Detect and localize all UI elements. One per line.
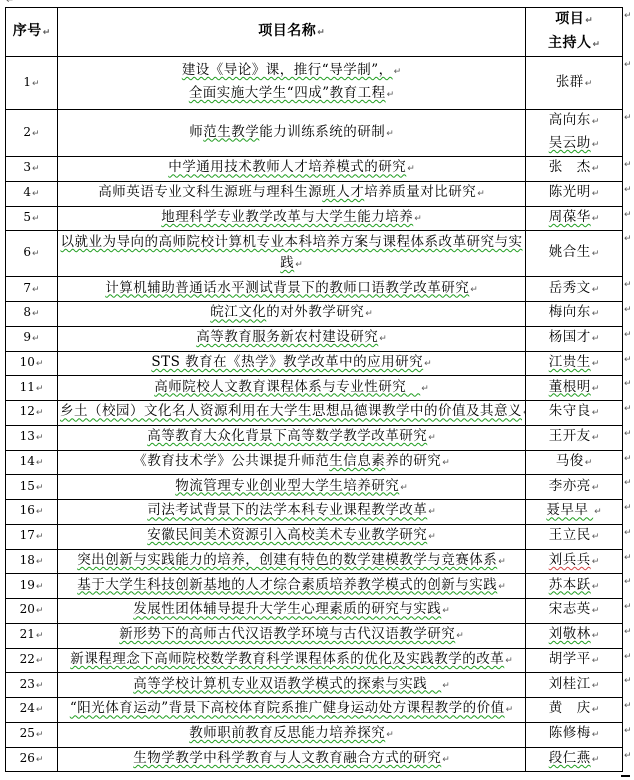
project-name-cell[interactable]: 以就业为导向的高师院校计算机专业本科培养方案与课程体系改革研究与实践↵: [58, 231, 526, 277]
paragraph-mark: ↵: [592, 681, 600, 691]
row-number-cell[interactable]: 3↵: [6, 157, 58, 182]
row-number-cell[interactable]: 5↵: [6, 206, 58, 231]
row-number-cell[interactable]: 11↵: [6, 376, 58, 401]
project-line: 物流管理专业创业型大学生培养研究↵: [60, 476, 523, 499]
project-line: 以就业为导向的高师院校计算机专业本科培养方案与课程体系改革研究与实: [60, 232, 523, 253]
spellcheck-underline: 以就业为导向的高师院校计算机专业本科培养方案与课程体系改革研究与实: [61, 234, 523, 250]
leader-name: 张群↵: [528, 72, 620, 95]
row-number: 21↵: [8, 624, 55, 647]
spellcheck-underline: 建设《导论》课，推行“导学制”，: [182, 62, 393, 78]
end-of-row-mark: ↵: [624, 751, 632, 761]
end-of-row-mark: ↵: [624, 577, 632, 587]
end-of-row-mark: ↵: [624, 652, 632, 662]
spellcheck-underline: 乡土（校园）文化名人资源利用在大学生思想品德课教学中的价值及其意义: [60, 403, 522, 419]
project-name-cell[interactable]: 乡土（校园）文化名人资源利用在大学生思想品德课教学中的价值及其意义↵: [58, 401, 526, 426]
table-row: 7↵计算机辅助普通话水平测试背景下的教师口语教学改革研究↵岳秀文↵: [6, 277, 623, 302]
table-row: 11↵高师院校人文教育课程体系与专业性研究 ↵董根明↵: [6, 376, 623, 401]
end-of-row-mark: ↵: [624, 330, 632, 340]
row-number-cell[interactable]: 22↵: [6, 648, 58, 673]
leader-name: 王立民↵: [528, 525, 620, 548]
spellcheck-underline: 吴云助: [549, 135, 591, 151]
paragraph-mark: ↵: [36, 656, 44, 666]
leader-cell[interactable]: 黄 庆↵: [526, 698, 623, 723]
spellcheck-underline: 物流管理专业创业型大学生培养研究: [175, 478, 399, 494]
paragraph-mark: ↵: [592, 532, 600, 542]
row-number: 20↵: [8, 599, 55, 622]
paragraph-mark: ↵: [36, 483, 44, 493]
row-number: 18↵: [8, 550, 55, 573]
paragraph-mark: ↵: [32, 79, 40, 89]
paragraph-mark: ↵: [32, 214, 40, 224]
project-name-cell[interactable]: 地理科学专业教学改革与大学生能力培养↵: [58, 206, 526, 231]
paragraph-mark: ↵: [295, 260, 303, 270]
document-page: ↵ 序号↵ 项目名称↵ 项目↵ 主持人↵ 1↵建设《导论》课，推行“导学制”，↵…: [0, 0, 634, 780]
spellcheck-underline: STS 教育在《热学》教学改革中的应用研究: [151, 354, 423, 370]
paragraph-mark: ↵: [421, 384, 429, 394]
paragraph-mark: ↵: [386, 730, 394, 740]
paragraph-mark: ↵: [477, 189, 485, 199]
header-label-leader-line2: 主持人: [548, 35, 592, 51]
project-line: 突出创新与实践能力的培养，创建有特色的数学建模教学与竞赛体系↵: [60, 550, 523, 573]
paragraph-mark: ↵: [379, 334, 387, 344]
spellcheck-underline: 段仁燕: [549, 750, 591, 766]
row-number: 19↵: [8, 575, 55, 598]
leader-cell[interactable]: 梅向东↵: [526, 302, 623, 327]
paragraph-mark: ↵: [36, 408, 44, 418]
row-number-cell[interactable]: 10↵: [6, 351, 58, 376]
paragraph-mark: ↵: [592, 285, 600, 295]
row-number: 6↵: [8, 242, 55, 265]
project-line: 地理科学专业教学改革与大学生能力培养↵: [60, 207, 523, 230]
project-name-cell[interactable]: 物流管理专业创业型大学生培养研究↵: [58, 475, 526, 500]
end-of-row-mark: ↵: [624, 701, 632, 711]
paragraph-mark: ↵: [36, 681, 44, 691]
paragraph-mark: ↵: [407, 164, 415, 174]
paragraph-mark: ↵: [585, 458, 593, 468]
paragraph-mark: ↵: [470, 285, 478, 295]
end-of-row-mark: ↵: [624, 234, 632, 244]
paragraph-mark: ↵: [32, 334, 40, 344]
table-row: 12↵乡土（校园）文化名人资源利用在大学生思想品德课教学中的价值及其意义↵朱守良…: [6, 401, 623, 426]
row-number-cell[interactable]: 20↵: [6, 599, 58, 624]
end-of-row-mark: ↵: [624, 113, 632, 123]
leader-cell[interactable]: 姚合生↵: [526, 231, 623, 277]
table-row: 4↵高师英语专业文科生源班与理科生源班人才培养质量对比研究↵陈光明↵: [6, 181, 623, 206]
paragraph-mark: ↵: [36, 507, 44, 517]
paragraph-mark: ↵: [592, 705, 600, 715]
project-line: 《教育技术学》公共课提升师范生信息素养的研究↵: [60, 451, 523, 474]
leader-cell[interactable]: 段仁燕↵: [526, 747, 623, 772]
table-row: 9↵高等教育服务新农村建设研究↵杨国才↵: [6, 326, 623, 351]
project-name-cell[interactable]: 生物学教学中科学教育与人文教育融合方式的研究↵: [58, 747, 526, 772]
row-number: 3↵: [8, 157, 55, 180]
spellcheck-underline: “阳光体育运动”背景下高校体育院系推广健身运动处方课程教学的价值: [70, 700, 505, 716]
project-line: 司法考试背景下的法学本科专业课程教学改革↵: [60, 500, 523, 523]
project-name-cell[interactable]: 《教育技术学》公共课提升师范生信息素养的研究↵: [58, 450, 526, 475]
paragraph-mark: ↵: [36, 384, 44, 394]
leader-cell[interactable]: 张群↵: [526, 57, 623, 110]
table-row: 13↵高等教育大众化背景下高等数学教学改革研究↵王开友↵: [6, 425, 623, 450]
end-of-row-mark: ↵: [624, 404, 632, 414]
paragraph-mark: ↵: [592, 140, 600, 150]
paragraph-mark: ↵: [36, 557, 44, 567]
project-line: 全面实施大学生“四成”教育工程↵: [60, 83, 523, 106]
paragraph-mark: ↵: [442, 755, 450, 765]
row-number: 25↵: [8, 723, 55, 746]
spellcheck-underline: 教师职前教育反思能力培养探究: [189, 725, 385, 741]
leader-name: 刘敬林↵: [528, 624, 620, 647]
project-name-cell[interactable]: STS 教育在《热学》教学改革中的应用研究↵: [58, 351, 526, 376]
table-row: 14↵《教育技术学》公共课提升师范生信息素养的研究↵马俊↵: [6, 450, 623, 475]
paragraph-mark: ↵: [317, 28, 325, 38]
spellcheck-underline: 班人才: [322, 184, 364, 200]
spellcheck-underline: 践: [280, 255, 294, 271]
row-number: 16↵: [8, 500, 55, 523]
project-name-cell[interactable]: 安徽民间美术资源引入高校美术专业教学研究↵: [58, 524, 526, 549]
header-label-no: 序号: [13, 23, 42, 39]
paragraph-mark: ↵: [592, 557, 600, 567]
project-line: 教师职前教育反思能力培养探究↵: [60, 723, 523, 746]
end-of-row-mark: ↵: [624, 478, 632, 488]
leader-name: 高向东↵: [528, 110, 620, 133]
table-row: 16↵司法考试背景下的法学本科专业课程教学改革↵聂早早 ↵: [6, 500, 623, 525]
paragraph-mark: ↵: [365, 309, 373, 319]
paragraph-mark: ↵: [592, 334, 600, 344]
spellcheck-underline: 江贵生: [549, 354, 591, 370]
project-name-cell[interactable]: 发展性团体辅导提升大学生心理素质的研究与实践↵: [58, 599, 526, 624]
project-line: 乡土（校园）文化名人资源利用在大学生思想品德课教学中的价值及其意义↵: [60, 401, 523, 424]
leader-cell[interactable]: 胡学平↵: [526, 648, 623, 673]
table-row: 24↵“阳光体育运动”背景下高校体育院系推广健身运动处方课程教学的价值↵黄 庆↵: [6, 698, 623, 723]
leader-cell[interactable]: 李亦亮↵: [526, 475, 623, 500]
paragraph-mark: ↵: [442, 681, 450, 691]
leader-cell[interactable]: 刘兵兵↵: [526, 549, 623, 574]
paragraph-mark: ↵: [428, 532, 436, 542]
header-label-project: 项目名称: [258, 23, 316, 39]
row-number-cell[interactable]: 17↵: [6, 524, 58, 549]
leader-cell[interactable]: 聂早早 ↵: [526, 500, 623, 525]
end-of-row-mark: ↵: [624, 379, 632, 389]
leader-name: 江贵生↵: [528, 352, 620, 375]
spellcheck-underline: 聂早早: [546, 502, 593, 518]
paragraph-mark: ↵: [592, 408, 600, 418]
spellcheck-underline: 计算机辅助普通话水平测试背景下的教师口语教学改革研究: [105, 280, 469, 296]
spellcheck-underline: 周葆华: [549, 209, 591, 225]
project-table: 序号↵ 项目名称↵ 项目↵ 主持人↵ 1↵建设《导论》课，推行“导学制”，↵全面…: [5, 7, 623, 772]
paragraph-mark: ↵: [36, 433, 44, 443]
leader-name: 黄 庆↵: [528, 698, 620, 721]
spellcheck-underline: 生信息素: [329, 453, 385, 469]
project-name-cell[interactable]: 新课程理念下高师院校数学教育科学课程体系的优化及实践教学的改革↵: [58, 648, 526, 673]
row-number: 14↵: [8, 451, 55, 474]
header-cell-no[interactable]: 序号↵: [6, 8, 58, 57]
paragraph-mark: ↵: [32, 189, 40, 199]
leader-cell[interactable]: 江贵生↵: [526, 351, 623, 376]
paragraph-mark: ↵: [6, 0, 14, 6]
end-of-table-dash: [621, 775, 630, 777]
spellcheck-underline: 高师院校人文教育课程体系与专业性研究: [154, 379, 420, 395]
table-row: 10↵STS 教育在《热学》教学改革中的应用研究↵江贵生↵: [6, 351, 623, 376]
leader-name: 岳秀文↵: [528, 278, 620, 301]
end-of-row-mark: ↵: [624, 160, 632, 170]
table-row: 6↵以就业为导向的高师院校计算机专业本科培养方案与课程体系改革研究与实践↵姚合生…: [6, 231, 623, 277]
row-number: 7↵: [8, 278, 55, 301]
row-number: 23↵: [8, 674, 55, 697]
paragraph-mark: ↵: [428, 507, 436, 517]
leader-name: 苏本跃↵: [528, 575, 620, 598]
spellcheck-underline: 突出创新与实践能力的培养，创建有特色的数学建模教学与竞赛体系: [77, 552, 497, 568]
leader-cell[interactable]: 朱守良↵: [526, 401, 623, 426]
paragraph-mark: ↵: [592, 433, 600, 443]
paragraph-mark: ↵: [386, 129, 394, 139]
row-number: 1↵: [8, 72, 55, 95]
row-number-cell[interactable]: 8↵: [6, 302, 58, 327]
project-line: 计算机辅助普通话水平测试背景下的教师口语教学改革研究↵: [60, 278, 523, 301]
table-row: 26↵生物学教学中科学教育与人文教育融合方式的研究↵段仁燕↵: [6, 747, 623, 772]
project-name-cell[interactable]: 皖江文化的对外教学研究↵: [58, 302, 526, 327]
paragraph-mark: ↵: [505, 656, 513, 666]
leader-cell[interactable]: 岳秀文↵: [526, 277, 623, 302]
leader-name: 杨国才↵: [528, 327, 620, 350]
row-number-cell[interactable]: 12↵: [6, 401, 58, 426]
table-row: 17↵安徽民间美术资源引入高校美术专业教学研究↵王立民↵: [6, 524, 623, 549]
row-number: 12↵: [8, 401, 55, 424]
row-number: 5↵: [8, 207, 55, 230]
end-of-row-mark: ↵: [624, 528, 632, 538]
project-name-cell[interactable]: 高师英语专业文科生源班与理科生源班人才培养质量对比研究↵: [58, 181, 526, 206]
row-number: 8↵: [8, 302, 55, 325]
project-name-cell[interactable]: 高等学校计算机专业双语教学模式的探索与实践 ↵: [58, 673, 526, 698]
project-name-cell[interactable]: 计算机辅助普通话水平测试背景下的教师口语教学改革研究↵: [58, 277, 526, 302]
leader-cell[interactable]: 董根明↵: [526, 376, 623, 401]
project-line: “阳光体育运动”背景下高校体育院系推广健身运动处方课程教学的价值↵: [60, 698, 523, 721]
table-row: 15↵物流管理专业创业型大学生培养研究↵李亦亮↵: [6, 475, 623, 500]
row-number-cell[interactable]: 6↵: [6, 231, 58, 277]
row-number-cell[interactable]: 23↵: [6, 673, 58, 698]
header-cell-project[interactable]: 项目名称↵: [58, 8, 526, 57]
leader-name: 王开友↵: [528, 426, 620, 449]
leader-name: 宋志英↵: [528, 599, 620, 622]
paragraph-mark: ↵: [498, 582, 506, 592]
spellcheck-underline: 苏本跃: [549, 577, 591, 593]
project-line: 高师英语专业文科生源班与理科生源班人才培养质量对比研究↵: [60, 182, 523, 205]
leader-cell[interactable]: 周葆华↵: [526, 206, 623, 231]
paragraph-mark: ↵: [36, 582, 44, 592]
project-line: 高等学校计算机专业双语教学模式的探索与实践 ↵: [60, 674, 523, 697]
paragraph-mark: ↵: [414, 214, 422, 224]
end-of-row-mark: ↵: [624, 210, 632, 220]
table-row: 22↵新课程理念下高师院校数学教育科学课程体系的优化及实践教学的改革↵胡学平↵: [6, 648, 623, 673]
paragraph-mark: ↵: [592, 309, 600, 319]
table-row: 2↵师范生教学能力训练系统的研制↵高向东↵吴云助↵: [6, 110, 623, 157]
leader-cell[interactable]: 王立民↵: [526, 524, 623, 549]
spellcheck-underline: 安徽民间美术资源引入高校美术专业教学研究: [147, 527, 427, 543]
project-line: 践↵: [60, 253, 523, 276]
paragraph-mark: ↵: [594, 507, 602, 517]
end-of-row-mark: ↵: [624, 553, 632, 563]
end-of-row-mark: ↵: [624, 185, 632, 195]
paragraph-mark: ↵: [36, 458, 44, 468]
paragraph-mark: ↵: [36, 755, 44, 765]
project-line: 中学通用技术教师人才培养模式的研究↵: [60, 157, 523, 180]
row-number-cell[interactable]: 25↵: [6, 722, 58, 747]
end-of-row-mark: ↵: [624, 726, 632, 736]
end-of-row-mark: ↵: [624, 503, 632, 513]
paragraph-mark: ↵: [43, 28, 51, 38]
leader-cell[interactable]: 陈光明↵: [526, 181, 623, 206]
leader-cell[interactable]: 宋志英↵: [526, 599, 623, 624]
paragraph-mark: ↵: [592, 631, 600, 641]
leader-name: 周葆华↵: [528, 207, 620, 230]
spellcheck-underline: 刘敬林: [549, 626, 591, 642]
row-number-cell[interactable]: 19↵: [6, 574, 58, 599]
spellcheck-underline: 司法考试背景下的法学本科专业课程教学改革: [147, 502, 427, 518]
row-number-cell[interactable]: 18↵: [6, 549, 58, 574]
project-line: 皖江文化的对外教学研究↵: [60, 302, 523, 325]
leader-cell[interactable]: 陈修梅↵: [526, 722, 623, 747]
row-number-cell[interactable]: 26↵: [6, 747, 58, 772]
table-row: 8↵皖江文化的对外教学研究↵梅向东↵: [6, 302, 623, 327]
end-of-row-mark: ↵: [624, 305, 632, 315]
project-name-cell[interactable]: 新形势下的高师古代汉语教学环境与古代汉语教学研究↵: [58, 623, 526, 648]
paragraph-mark: ↵: [585, 79, 593, 89]
paragraph-mark: ↵: [592, 606, 600, 616]
project-name-cell[interactable]: 教师职前教育反思能力培养探究↵: [58, 722, 526, 747]
project-line: 新课程理念下高师院校数学教育科学课程体系的优化及实践教学的改革↵: [60, 649, 523, 672]
spellcheck-underline: 全面实施大学生“四成”教育工程: [189, 85, 386, 101]
spellcheck-underline: 新形势下的高师古代汉语教学环境与古代汉语教学研究: [119, 626, 455, 642]
leader-name: 李亦亮↵: [528, 476, 620, 499]
leader-cell[interactable]: 刘敬林↵: [526, 623, 623, 648]
table-row: 5↵地理科学专业教学改革与大学生能力培养↵周葆华↵: [6, 206, 623, 231]
table-row: 23↵高等学校计算机专业双语教学模式的探索与实践 ↵刘桂江↵: [6, 673, 623, 698]
leader-cell[interactable]: 张 杰↵: [526, 157, 623, 182]
row-number-cell[interactable]: 7↵: [6, 277, 58, 302]
project-name-cell[interactable]: 中学通用技术教师人才培养模式的研究↵: [58, 157, 526, 182]
project-name-cell[interactable]: 司法考试背景下的法学本科专业课程教学改革↵: [58, 500, 526, 525]
paragraph-mark: ↵: [592, 214, 600, 224]
row-number-cell[interactable]: 2↵: [6, 110, 58, 157]
spellcheck-underline: 基于大学生科技创新基地的人才综合素质培养教学模式的创新与实践: [77, 577, 497, 593]
paragraph-mark: ↵: [498, 557, 506, 567]
paragraph-mark: ↵: [394, 67, 402, 77]
spellcheck-underline: 高等教育服务新农村建设研究: [196, 329, 378, 345]
paragraph-mark: ↵: [400, 483, 408, 493]
paragraph-mark: ↵: [424, 359, 432, 369]
row-number: 9↵: [8, 327, 55, 350]
project-line: 发展性团体辅导提升大学生心理素质的研究与实践↵: [60, 599, 523, 622]
paragraph-mark: ↵: [585, 16, 593, 26]
paragraph-mark: ↵: [36, 532, 44, 542]
row-number-cell[interactable]: 4↵: [6, 181, 58, 206]
row-number: 17↵: [8, 525, 55, 548]
spellcheck-underline: 高等教育大众化背景下高等数学教学改革研究: [147, 428, 427, 444]
paragraph-mark: ↵: [592, 117, 600, 127]
leader-cell[interactable]: 高向东↵吴云助↵: [526, 110, 623, 157]
project-name-cell[interactable]: 突出创新与实践能力的培养，创建有特色的数学建模教学与竞赛体系↵: [58, 549, 526, 574]
project-line: 基于大学生科技创新基地的人才综合素质培养教学模式的创新与实践↵: [60, 575, 523, 598]
leader-name: 段仁燕↵: [528, 748, 620, 771]
end-of-row-mark: ↵: [624, 429, 632, 439]
row-number-cell[interactable]: 24↵: [6, 698, 58, 723]
table-row: 18↵突出创新与实践能力的培养，创建有特色的数学建模教学与竞赛体系↵刘兵兵↵: [6, 549, 623, 574]
end-of-row-mark: ↵: [624, 11, 632, 21]
leader-cell[interactable]: 苏本跃↵: [526, 574, 623, 599]
paragraph-mark: ↵: [592, 730, 600, 740]
paragraph-mark: ↵: [32, 164, 40, 174]
paragraph-mark: ↵: [36, 359, 44, 369]
project-name-cell[interactable]: 高师院校人文教育课程体系与专业性研究 ↵: [58, 376, 526, 401]
table-row: 1↵建设《导论》课，推行“导学制”，↵全面实施大学生“四成”教育工程↵张群↵: [6, 57, 623, 110]
row-number-cell[interactable]: 1↵: [6, 57, 58, 110]
row-number-cell[interactable]: 9↵: [6, 326, 58, 351]
project-line: 高师院校人文教育课程体系与专业性研究 ↵: [60, 377, 523, 400]
project-name-cell[interactable]: 高等教育服务新农村建设研究↵: [58, 326, 526, 351]
leader-name: 刘桂江↵: [528, 674, 620, 697]
project-line: 高等教育大众化背景下高等数学教学改革研究↵: [60, 426, 523, 449]
leader-cell[interactable]: 王开友↵: [526, 425, 623, 450]
project-name-cell[interactable]: 高等教育大众化背景下高等数学教学改革研究↵: [58, 425, 526, 450]
project-line: 安徽民间美术资源引入高校美术专业教学研究↵: [60, 525, 523, 548]
paragraph-mark: ↵: [506, 705, 514, 715]
row-number-cell[interactable]: 21↵: [6, 623, 58, 648]
leader-cell[interactable]: 杨国才↵: [526, 326, 623, 351]
end-of-row-mark: ↵: [624, 676, 632, 686]
row-number: 2↵: [8, 122, 55, 145]
spellcheck-underline: 地理科学专业教学改革与大学生能力培养: [161, 209, 413, 225]
leader-name: 聂早早 ↵: [528, 500, 620, 523]
table-row: 25↵教师职前教育反思能力培养探究↵陈修梅↵: [6, 722, 623, 747]
spellcheck-underline: 刘兵兵: [549, 552, 591, 568]
leader-name: 梅向东↵: [528, 302, 620, 325]
spellcheck-underline: 皖江文化: [210, 304, 266, 320]
header-cell-leader[interactable]: 项目↵ 主持人↵: [526, 8, 623, 57]
paragraph-mark: ↵: [32, 309, 40, 319]
paragraph-mark: ↵: [592, 40, 600, 50]
paragraph-mark: ↵: [592, 164, 600, 174]
paragraph-mark: ↵: [36, 606, 44, 616]
paragraph-mark: ↵: [442, 606, 450, 616]
paragraph-mark: ↵: [442, 458, 450, 468]
end-of-row-mark: ↵: [624, 627, 632, 637]
row-number-cell[interactable]: 16↵: [6, 500, 58, 525]
row-number-cell[interactable]: 13↵: [6, 425, 58, 450]
paragraph-mark: ↵: [592, 483, 600, 493]
leader-cell[interactable]: 马俊↵: [526, 450, 623, 475]
project-name-cell[interactable]: 建设《导论》课，推行“导学制”，↵全面实施大学生“四成”教育工程↵: [58, 57, 526, 110]
leader-cell[interactable]: 刘桂江↵: [526, 673, 623, 698]
end-of-row-mark: ↵: [624, 280, 632, 290]
table-row: 21↵新形势下的高师古代汉语教学环境与古代汉语教学研究↵刘敬林↵: [6, 623, 623, 648]
spellcheck-underline: 新课程理念下高师院校数学教育科学课程体系的优化及实践教学的改革: [70, 651, 504, 667]
table-row: 3↵中学通用技术教师人才培养模式的研究↵张 杰↵: [6, 157, 623, 182]
row-number-cell[interactable]: 14↵: [6, 450, 58, 475]
spellcheck-underline: 发展性团体辅导提升大学生心理素质的研究与实践: [133, 601, 441, 617]
paragraph-mark: ↵: [592, 755, 600, 765]
project-name-cell[interactable]: “阳光体育运动”背景下高校体育院系推广健身运动处方课程教学的价值↵: [58, 698, 526, 723]
project-name-cell[interactable]: 师范生教学能力训练系统的研制↵: [58, 110, 526, 157]
paragraph-mark: ↵: [387, 90, 395, 100]
project-name-cell[interactable]: 基于大学生科技创新基地的人才综合素质培养教学模式的创新与实践↵: [58, 574, 526, 599]
project-line: 师范生教学能力训练系统的研制↵: [60, 122, 523, 145]
paragraph-mark: ↵: [32, 249, 40, 259]
leader-name: 陈光明↵: [528, 182, 620, 205]
leader-name: 胡学平↵: [528, 649, 620, 672]
paragraph-mark: ↵: [592, 656, 600, 666]
row-number-cell[interactable]: 15↵: [6, 475, 58, 500]
table-row: 20↵发展性团体辅导提升大学生心理素质的研究与实践↵宋志英↵: [6, 599, 623, 624]
row-number: 24↵: [8, 698, 55, 721]
